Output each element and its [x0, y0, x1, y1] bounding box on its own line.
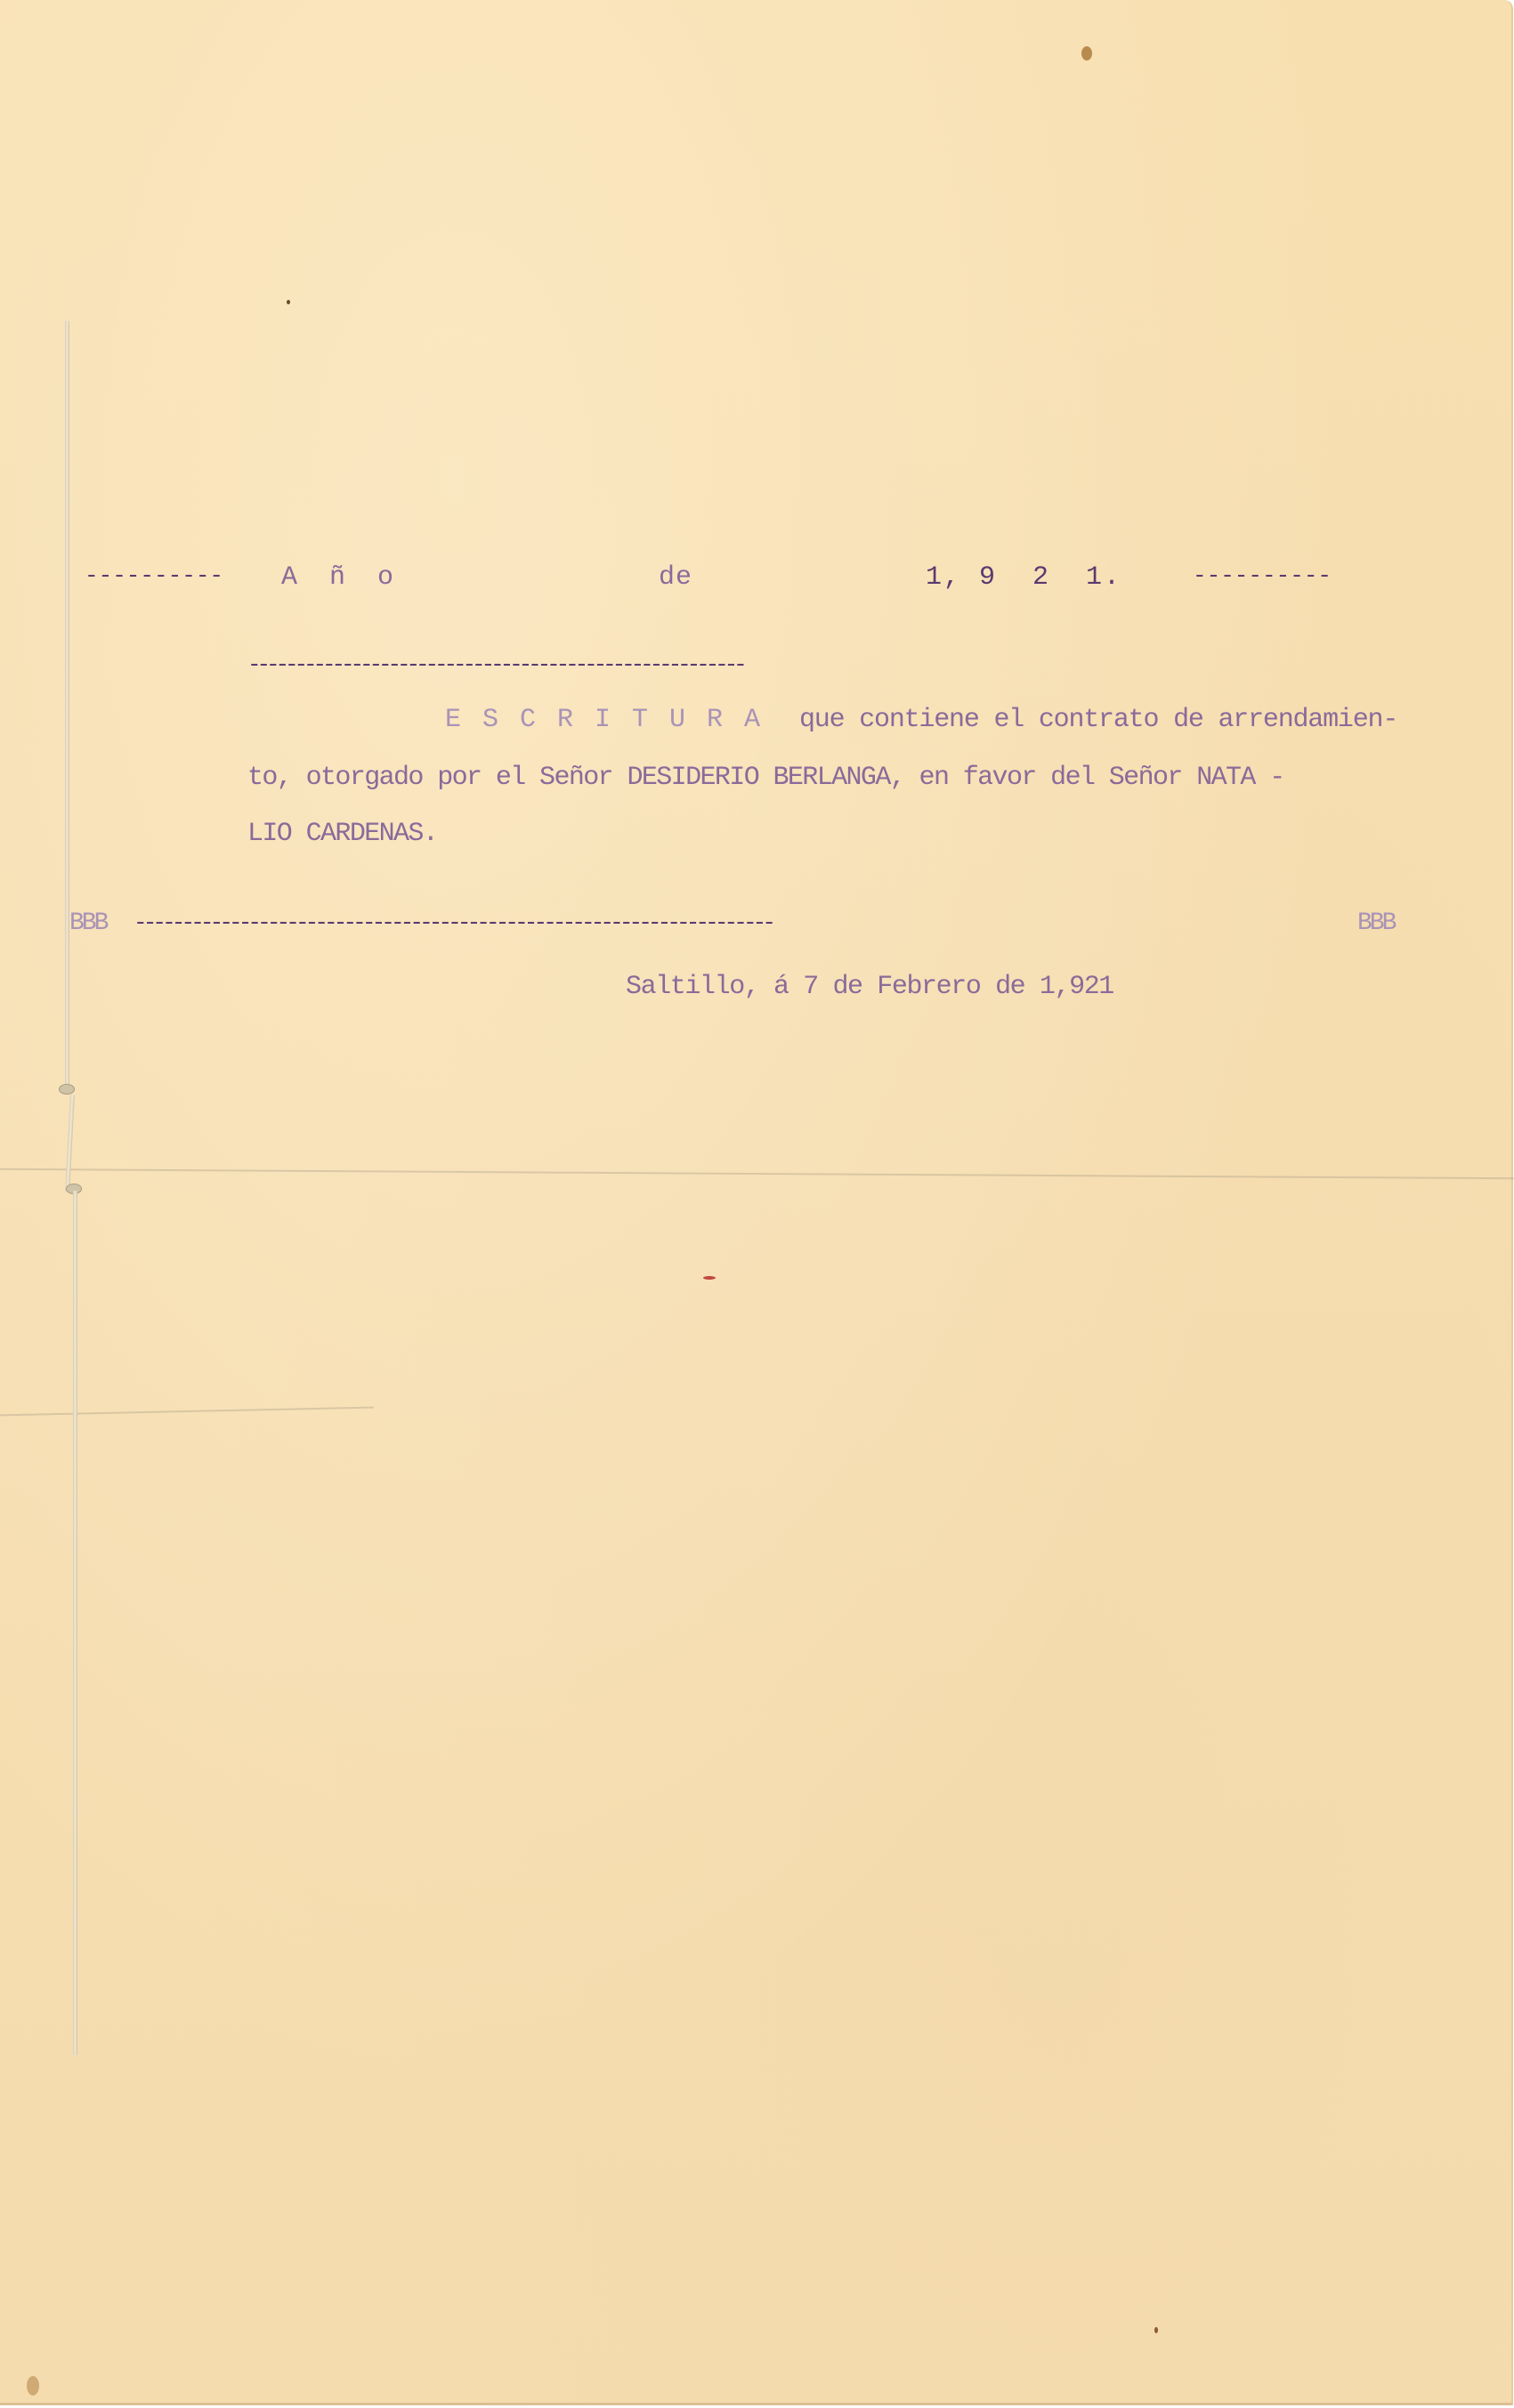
- separator-line-bottom: ----------------------------------------…: [134, 909, 772, 936]
- year-line-word-de: de: [659, 562, 692, 593]
- year-line-year: 1, 9 2 1.: [926, 562, 1121, 593]
- separator-line-top: ----------------------------------------…: [247, 651, 743, 678]
- stain-spot: [27, 2376, 39, 2396]
- stain-spot: [1081, 46, 1092, 61]
- year-line-word-ano: A ñ o: [281, 562, 393, 593]
- binding-thread: [65, 320, 69, 1095]
- binding-thread: [73, 1191, 77, 2056]
- escritura-heading: E S C R I T U R A: [445, 705, 763, 735]
- year-line-left-dashes: ----------: [85, 562, 223, 589]
- separator-bottom-left: BBB: [69, 909, 106, 937]
- separator-bottom-right: BBB: [1357, 909, 1394, 937]
- paragraph-line-3: LIO CARDENAS.: [247, 819, 437, 849]
- ink-mark: [703, 1276, 716, 1280]
- paragraph-line-2: to, otorgado por el Señor DESIDERIO BERL…: [247, 763, 1284, 793]
- paragraph-line-1: que contiene el contrato de arrendamien-: [799, 705, 1397, 735]
- place-date: Saltillo, á 7 de Febrero de 1,921: [626, 972, 1113, 1002]
- paper-sheet: [0, 0, 1513, 2405]
- year-line-right-dashes: ----------: [1193, 562, 1332, 589]
- stain-spot: [1154, 2327, 1158, 2333]
- thread-knot: [59, 1084, 75, 1095]
- stain-spot: [287, 300, 290, 304]
